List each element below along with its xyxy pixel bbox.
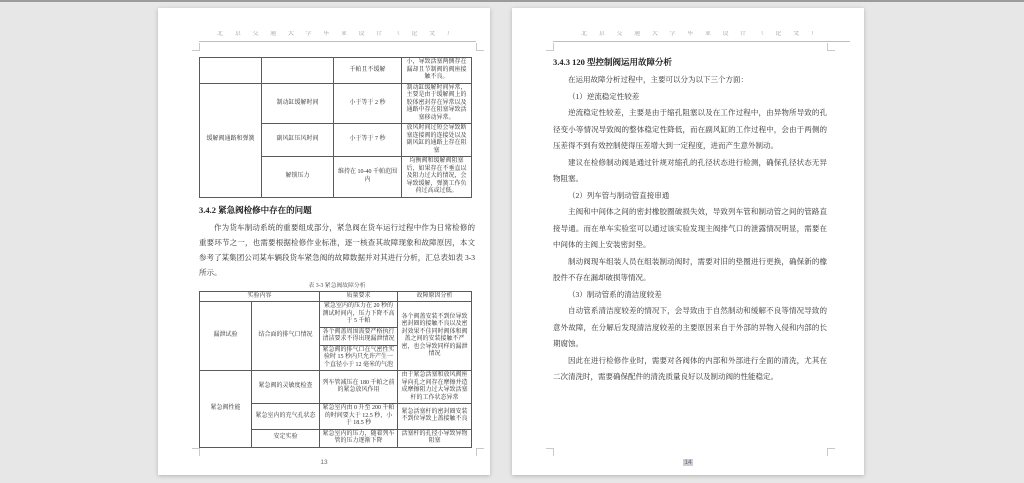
body-paragraph: （1）逆流稳定性较差 xyxy=(553,89,827,106)
page-number: 14 xyxy=(512,459,864,466)
text-boundary-mark xyxy=(476,448,484,456)
text-boundary-mark xyxy=(192,448,200,456)
body-paragraph: 制动阀现车组装人员在组装制动阀时，需要对旧的垫圈进行更换，确保新的橡胶件不存在漏… xyxy=(553,254,827,287)
table-row: 漏泄试验 结合面的排气口情况 紧急室内的压力在 20 秒的测试时间内，压力下降不… xyxy=(200,302,472,328)
header-cause: 故障原因分析 xyxy=(398,291,472,302)
body-paragraph: 自动管系清洁度较差的情况下，会导致由于自然制动和缓解不良等情况导致的意外故障，在… xyxy=(553,303,827,353)
table-row: 紧急阀性能 紧急阀的灵敏度检查 列车管减压在 180 千帕之前的紧急放风作用 由… xyxy=(200,371,472,404)
quality-cell: 小于等于 7 秒 xyxy=(334,124,402,157)
quality-cell: 千帕且不缓解 xyxy=(334,58,402,84)
item-cell: 结合面的排气口情况 xyxy=(252,302,320,371)
empty-cell xyxy=(262,58,334,84)
item-cell: 紧急室内的充气孔状态 xyxy=(252,404,320,430)
body-paragraph: 主阀和中间体之间的密封橡胶圈破损失效，导致列车管和制动管之间的管路直接导通。而在… xyxy=(553,204,827,254)
cause-cell: 放风时间过短会导致断塞连接阀的连接处以及副风缸的通路上存在阻塞 xyxy=(402,124,472,157)
top-divider xyxy=(0,0,1024,2)
page-number: 13 xyxy=(158,459,490,466)
cause-cell: 紧急活塞杆的密封圈安装不到位导致上盖接触不良 xyxy=(398,404,472,430)
page-14-content[interactable]: 3.4.3 120 型控制阀运用故障分析 在运用故障分析过程中，主要可以分为以下… xyxy=(553,57,827,386)
quality-cell: 紧急室内由 0 升至 200 千帕的时间要大于 12.5 秒，小于 18.5 秒 xyxy=(320,404,398,430)
body-paragraph: （2）列车管与制动管直接串通 xyxy=(553,188,827,205)
item-cell: 安定实验 xyxy=(252,429,320,447)
table-row: 千帕且不缓解 小，导致活塞两侧存在漏却且节制阀的阀座接触不良。 xyxy=(200,58,472,84)
section-heading-3-4-3: 3.4.3 120 型控制阀运用故障分析 xyxy=(553,57,827,68)
text-boundary-mark xyxy=(827,43,835,51)
item-cell: 解锁压力 xyxy=(262,157,334,198)
quality-cell: 紧急室内的压力，随着列车管的压力逐渐下降 xyxy=(320,429,398,447)
emergency-valve-fault-table: 实验内容 质量要求 故障原因分析 漏泄试验 结合面的排气口情况 紧急室内的压力在… xyxy=(199,291,472,448)
cause-cell: 小，导致活塞两侧存在漏却且节制阀的阀座接触不良。 xyxy=(402,58,472,84)
text-boundary-mark xyxy=(476,43,484,51)
cause-cell: 各个阀盖安装不到位导致密封圈的接触不良以及密封效果不佳同时阀体和阀盖之间的安装接… xyxy=(398,302,472,371)
group-label-cell: 缓解阀通路和弹簧 xyxy=(200,83,262,197)
header-quality: 质量要求 xyxy=(320,291,398,302)
page-13[interactable]: 北 京 交 通 大 学 毕 业 设 计 （ 论 文 ） 千帕且不缓解 小，导致活… xyxy=(158,8,490,475)
cause-cell: 制动缸缓解时间异常，主要是由于缓解阀上的胶体密封存在异常以及通路中存在阻塞导致活… xyxy=(402,83,472,124)
body-paragraph: 在运用故障分析过程中，主要可以分为以下三个方面： xyxy=(553,72,827,89)
cause-cell: 活塞杆的孔径小导致异物阻塞 xyxy=(398,429,472,447)
group-label-cell: 紧急阀性能 xyxy=(200,371,252,448)
body-paragraph: （3）制动管系的清洁度较差 xyxy=(553,287,827,304)
running-header: 北 京 交 通 大 学 毕 业 设 计 （ 论 文 ） xyxy=(199,31,476,42)
body-paragraph: 建议在检修制动阀是通过针规对缩孔的孔径状态进行检测，确保孔径状态无异物阻塞。 xyxy=(553,155,827,188)
body-paragraph: 作为货车制动系统的重要组成部分，紧急阀在货车运行过程中作为日常检修的重要环节之一… xyxy=(199,220,475,280)
text-boundary-mark xyxy=(546,43,554,51)
page-number-field: 14 xyxy=(683,459,692,466)
text-boundary-mark xyxy=(546,448,554,456)
brake-valve-table-continuation: 千帕且不缓解 小，导致活塞两侧存在漏却且节制阀的阀座接触不良。 缓解阀通路和弹簧… xyxy=(199,57,472,198)
cause-cell: 均衡阀和缓解阀阻塞后，如果存在不垂直以及阻力过大的情况，会导致缓解，弹簧工作负荷… xyxy=(402,157,472,198)
text-boundary-mark xyxy=(192,43,200,51)
quality-cell: 各个阀盖周围需要严格执行清洁要求不得出现漏泄情况 xyxy=(320,327,398,345)
cause-cell: 由于紧急活塞和放风阀座导向孔之间存在摩擦并造成摩擦阻力过大导致活塞杆的工作状态异… xyxy=(398,371,472,404)
text-boundary-mark xyxy=(827,448,835,456)
body-paragraph: 因此在进行检修作业时，需要对各阀体的内部和外部进行全面的清洗，尤其在二次清洗时，… xyxy=(553,353,827,386)
table-row: 缓解阀通路和弹簧 制动缸缓解时间 小于等于 2 秒 制动缸缓解时间异常，主要是由… xyxy=(200,83,472,124)
table-header-row: 实验内容 质量要求 故障原因分析 xyxy=(200,291,472,302)
section-heading-3-4-2: 3.4.2 紧急阀检修中存在的问题 xyxy=(199,205,475,216)
page-14[interactable]: 北 京 交 通 大 学 毕 业 设 计 （ 论 文 ） 3.4.3 120 型控… xyxy=(512,8,864,475)
item-cell: 副风缸压风时间 xyxy=(262,124,334,157)
table-caption: 表 3-3 紧急阀故障分析 xyxy=(199,282,475,290)
quality-cell: 列车管减压在 180 千帕之前的紧急放风作用 xyxy=(320,371,398,404)
quality-cell: 维持在 10-40 千帕范围内 xyxy=(334,157,402,198)
quality-cell: 紧急阀的排气口在气密性实验时 15 秒内只允许产生一个直径小于 12 毫米的气泡 xyxy=(320,345,398,371)
group-label-cell: 漏泄试验 xyxy=(200,302,252,371)
item-cell: 紧急阀的灵敏度检查 xyxy=(252,371,320,404)
quality-cell: 紧急室内的压力在 20 秒的测试时间内，压力下降不高于 5 千帕 xyxy=(320,302,398,328)
empty-cell xyxy=(200,58,262,84)
running-header: 北 京 交 通 大 学 毕 业 设 计 （ 论 文 ） xyxy=(553,31,850,42)
body-paragraph: 逆流稳定性较差，主要是由于缩孔阻塞以及在工作过程中，由异物所导致的孔径变小等情况… xyxy=(553,105,827,155)
quality-cell: 小于等于 2 秒 xyxy=(334,83,402,124)
item-cell: 制动缸缓解时间 xyxy=(262,83,334,124)
header-experiment: 实验内容 xyxy=(200,291,320,302)
page-13-content[interactable]: 千帕且不缓解 小，导致活塞两侧存在漏却且节制阀的阀座接触不良。 缓解阀通路和弹簧… xyxy=(199,57,475,448)
